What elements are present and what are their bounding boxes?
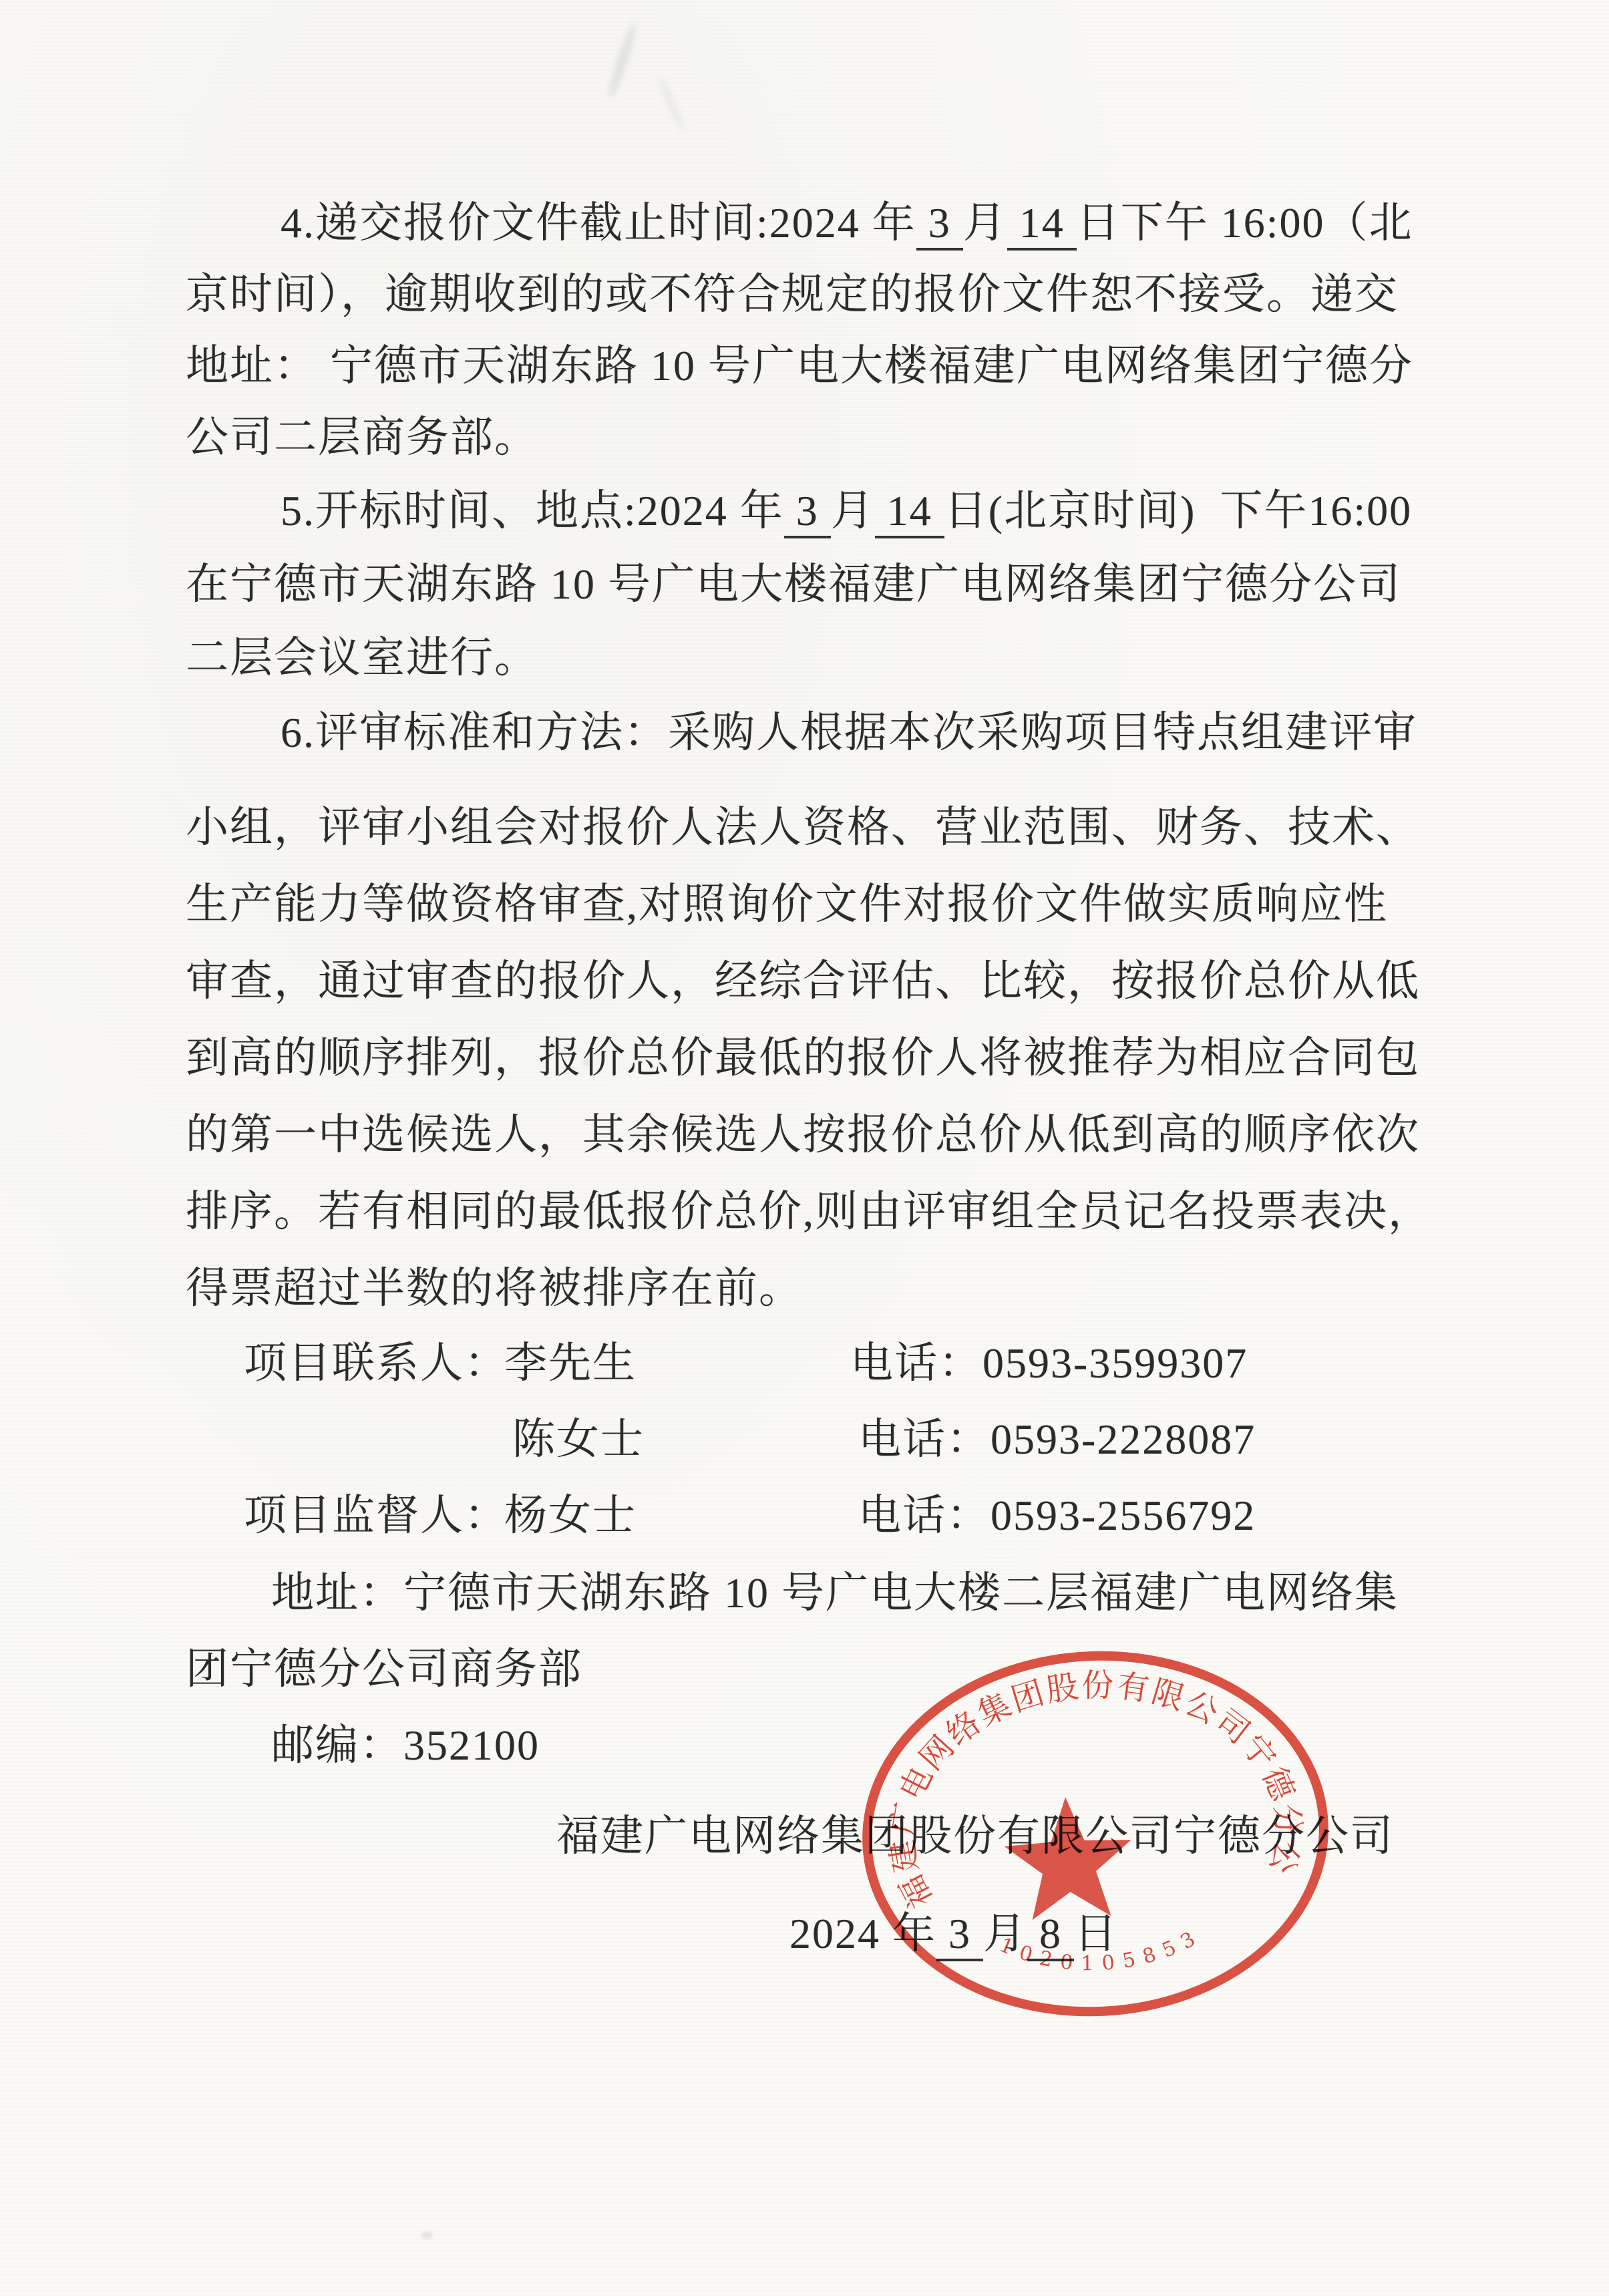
text-segment: 得票超过半数的将被排序在前。	[186, 1264, 803, 1313]
document-line-2: 京时间），逾期收到的或不符合规定的报价文件恕不接受。递交	[186, 270, 1508, 319]
text-segment: 5.开标时间、地点:2024 年	[281, 486, 784, 536]
text-segment: 地址： 宁德市天湖东路 10 号广电大楼福建广电网络集团宁德分	[186, 341, 1413, 391]
document-line-23: 2024 年 3 月 8 日	[789, 1909, 1609, 1961]
text-segment: 生产能力等做资格审查,对照询价文件对报价文件做实质响应性	[186, 880, 1388, 929]
document-line-22: 福建广电网络集团股份有限公司宁德分公司	[556, 1812, 1609, 1861]
text-segment: 月	[983, 1909, 1027, 1959]
underlined-value: 8	[1027, 1909, 1074, 1961]
underlined-value: 14	[1007, 198, 1077, 251]
text-segment: 6.评审标准和方法：采购人根据本次采购项目特点组建评审	[281, 708, 1417, 758]
text-segment: 电话：0593-2556792	[858, 1491, 1256, 1540]
text-segment: 陈女士	[512, 1415, 645, 1464]
text-segment: 排序。若有相同的最低报价总价,则由评审组全员记名投票表决，	[186, 1187, 1432, 1237]
document-line-15: 得票超过半数的将被排序在前。	[186, 1264, 1508, 1313]
text-segment: 小组，评审小组会对报价人法人资格、营业范围、财务、技术、	[186, 803, 1420, 852]
document-line-19: 地址：宁德市天湖东路 10 号广电大楼二层福建广电网络集	[186, 1569, 1594, 1618]
text-segment: 地址：宁德市天湖东路 10 号广电大楼二层福建广电网络集	[271, 1569, 1399, 1618]
text-segment: 福建广电网络集团股份有限公司宁德分公司	[556, 1812, 1394, 1861]
text-segment: 杨女士	[504, 1491, 637, 1540]
text-segment: 电话：0593-2228087	[858, 1415, 1256, 1464]
text-segment: 日下午 16:00（北	[1077, 198, 1413, 248]
document-line-10: 生产能力等做资格审查,对照询价文件对报价文件做实质响应性	[186, 880, 1508, 929]
text-segment: 4.递交报价文件截止时间:2024 年	[281, 198, 916, 248]
text-segment: 二层会议室进行。	[186, 633, 538, 683]
document-line-8: 6.评审标准和方法：采购人根据本次采购项目特点组建评审	[186, 708, 1603, 758]
underlined-value: 3	[784, 486, 831, 538]
document-line-4: 公司二层商务部。	[186, 413, 1508, 462]
text-segment: 2024 年	[789, 1909, 936, 1959]
underlined-value: 3	[936, 1909, 983, 1961]
text-segment: 邮编：352100	[271, 1721, 540, 1770]
text-segment: 日	[1074, 1909, 1118, 1959]
text-segment: 的第一中选候选人，其余候选人按报价总价从低到高的顺序依次	[186, 1110, 1420, 1160]
document-line-11: 审查，通过审查的报价人，经综合评估、比较，按报价总价从低	[186, 957, 1508, 1006]
text-segment: 电话：0593-3599307	[850, 1339, 1248, 1388]
document-line-12: 到高的顺序排列，报价总价最低的报价人将被推荐为相应合同包	[186, 1033, 1508, 1083]
text-segment: 月	[963, 198, 1007, 248]
text-segment: 项目联系人：	[244, 1339, 508, 1388]
text-segment: 日(北京时间) 下午16:00	[944, 486, 1412, 536]
document-line-14: 排序。若有相同的最低报价总价,则由评审组全员记名投票表决，	[186, 1187, 1508, 1237]
text-segment: 到高的顺序排列，报价总价最低的报价人将被推荐为相应合同包	[186, 1033, 1420, 1083]
document-line-20: 团宁德分公司商务部	[186, 1645, 1508, 1694]
document-line-13: 的第一中选候选人，其余候选人按报价总价从低到高的顺序依次	[186, 1110, 1508, 1160]
page: { "document": { "language": "zh-CN", "te…	[0, 0, 1609, 2296]
text-segment: 团宁德分公司商务部	[186, 1645, 582, 1694]
document-line-1: 4.递交报价文件截止时间:2024 年 3 月 14 日下午 16:00（北	[186, 198, 1603, 251]
text-segment: 京时间），逾期收到的或不符合规定的报价文件恕不接受。递交	[186, 270, 1399, 319]
document-line-3: 地址： 宁德市天湖东路 10 号广电大楼福建广电网络集团宁德分	[186, 341, 1508, 391]
underlined-value: 14	[875, 486, 944, 538]
text-segment: 月	[831, 486, 875, 536]
text-segment: 李先生	[504, 1339, 637, 1388]
text-segment: 在宁德市天湖东路 10 号广电大楼福建广电网络集团宁德分公司	[186, 560, 1401, 609]
document-line-6: 在宁德市天湖东路 10 号广电大楼福建广电网络集团宁德分公司	[186, 560, 1508, 609]
text-block: 4.递交报价文件截止时间:2024 年 3 月 14 日下午 16:00（北京时…	[0, 0, 1609, 2296]
underlined-value: 3	[916, 198, 963, 251]
text-segment: 审查，通过审查的报价人，经综合评估、比较，按报价总价从低	[186, 957, 1420, 1006]
document-line-7: 二层会议室进行。	[186, 633, 1508, 683]
text-segment: 公司二层商务部。	[186, 413, 538, 462]
document-line-21: 邮编：352100	[186, 1721, 1594, 1770]
document-line-9: 小组，评审小组会对报价人法人资格、营业范围、财务、技术、	[186, 803, 1508, 852]
text-segment: 项目监督人：	[244, 1491, 508, 1540]
document-line-5: 5.开标时间、地点:2024 年 3 月 14 日(北京时间) 下午16:00	[186, 486, 1603, 538]
